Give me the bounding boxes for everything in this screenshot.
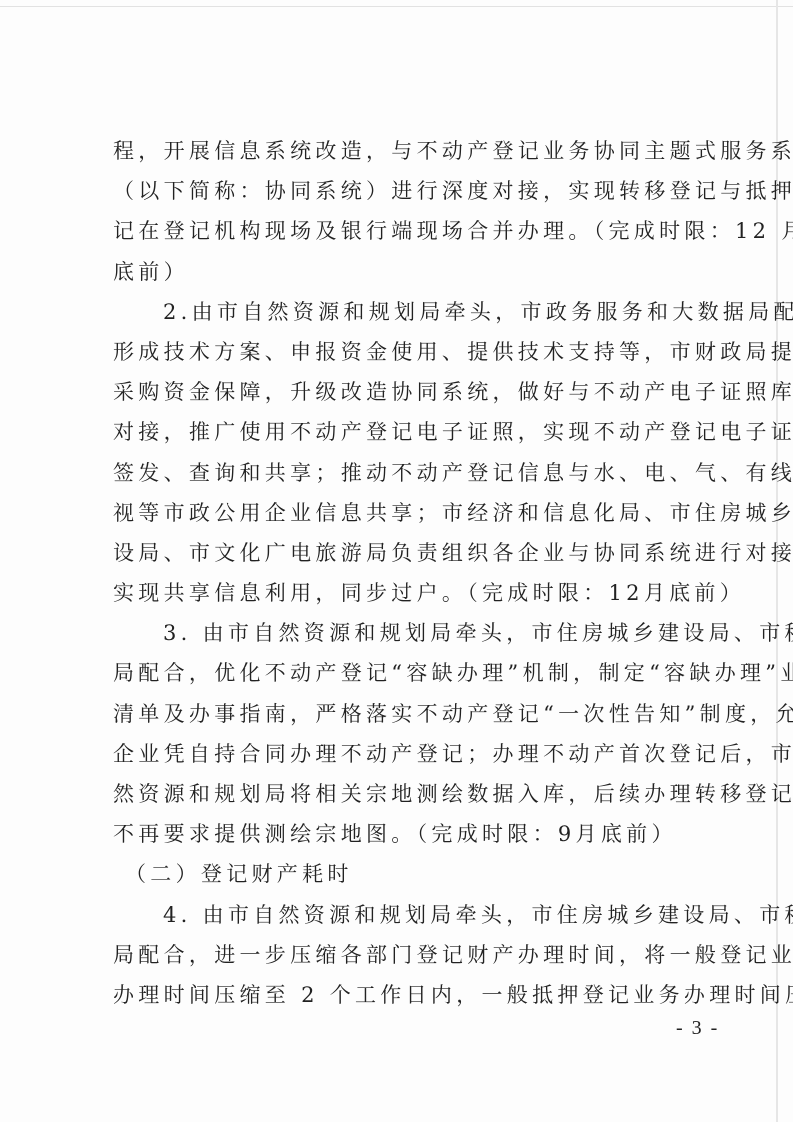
- body-line-1: 程，开展信息系统改造，与不动产登记业务协同主题式服务系统: [113, 131, 703, 171]
- body-line-22: 办理时间压缩至 2 个工作日内，一般抵押登记业务办理时间压缩: [113, 975, 703, 1015]
- body-line-4: 底前）: [113, 252, 703, 292]
- body-line-11: 设局、市文化广电旅游局负责组织各企业与协同系统进行对接，: [113, 533, 703, 573]
- body-line-14: 局配合，优化不动产登记“容缺办理”机制，制定“容缺办理”业务: [113, 653, 703, 693]
- body-line-15: 清单及办事指南，严格落实不动产登记“一次性告知”制度，允许: [113, 694, 703, 734]
- body-line-9: 签发、查询和共享；推动不动产登记信息与水、电、气、有线电: [113, 453, 703, 493]
- body-line-12: 实现共享信息利用，同步过户。（完成时限：12月底前）: [113, 573, 703, 613]
- document-body: 程，开展信息系统改造，与不动产登记业务协同主题式服务系统 （以下简称：协同系统）…: [113, 131, 703, 1015]
- body-line-17: 然资源和规划局将相关宗地测绘数据入库，后续办理转移登记时: [113, 774, 703, 814]
- paragraph-3-start: 3. 由市自然资源和规划局牵头，市住房城乡建设局、市税务: [113, 613, 703, 653]
- scan-top-edge: [0, 6, 793, 7]
- paragraph-4-start: 4. 由市自然资源和规划局牵头，市住房城乡建设局、市税务: [113, 895, 703, 935]
- body-line-21: 局配合，进一步压缩各部门登记财产办理时间，将一般登记业务: [113, 935, 703, 975]
- body-line-3: 记在登记机构现场及银行端现场合并办理。（完成时限：12 月: [113, 211, 703, 251]
- body-line-16: 企业凭自持合同办理不动产登记；办理不动产首次登记后，市自: [113, 734, 703, 774]
- body-line-7: 采购资金保障，升级改造协同系统，做好与不动产电子证照库的: [113, 372, 703, 412]
- body-line-10: 视等市政公用企业信息共享；市经济和信息化局、市住房城乡建: [113, 493, 703, 533]
- section-heading: （二）登记财产耗时: [113, 854, 703, 894]
- paragraph-2-start: 2.由市自然资源和规划局牵头，市政务服务和大数据局配合: [113, 292, 703, 332]
- body-line-2: （以下简称：协同系统）进行深度对接，实现转移登记与抵押登: [113, 171, 703, 211]
- body-line-18: 不再要求提供测绘宗地图。（完成时限：9月底前）: [113, 814, 703, 854]
- body-line-8: 对接，推广使用不动产登记电子证照，实现不动产登记电子证照: [113, 412, 703, 452]
- page-number: - 3 -: [676, 1017, 719, 1040]
- body-line-6: 形成技术方案、申报资金使用、提供技术支持等，市财政局提供: [113, 332, 703, 372]
